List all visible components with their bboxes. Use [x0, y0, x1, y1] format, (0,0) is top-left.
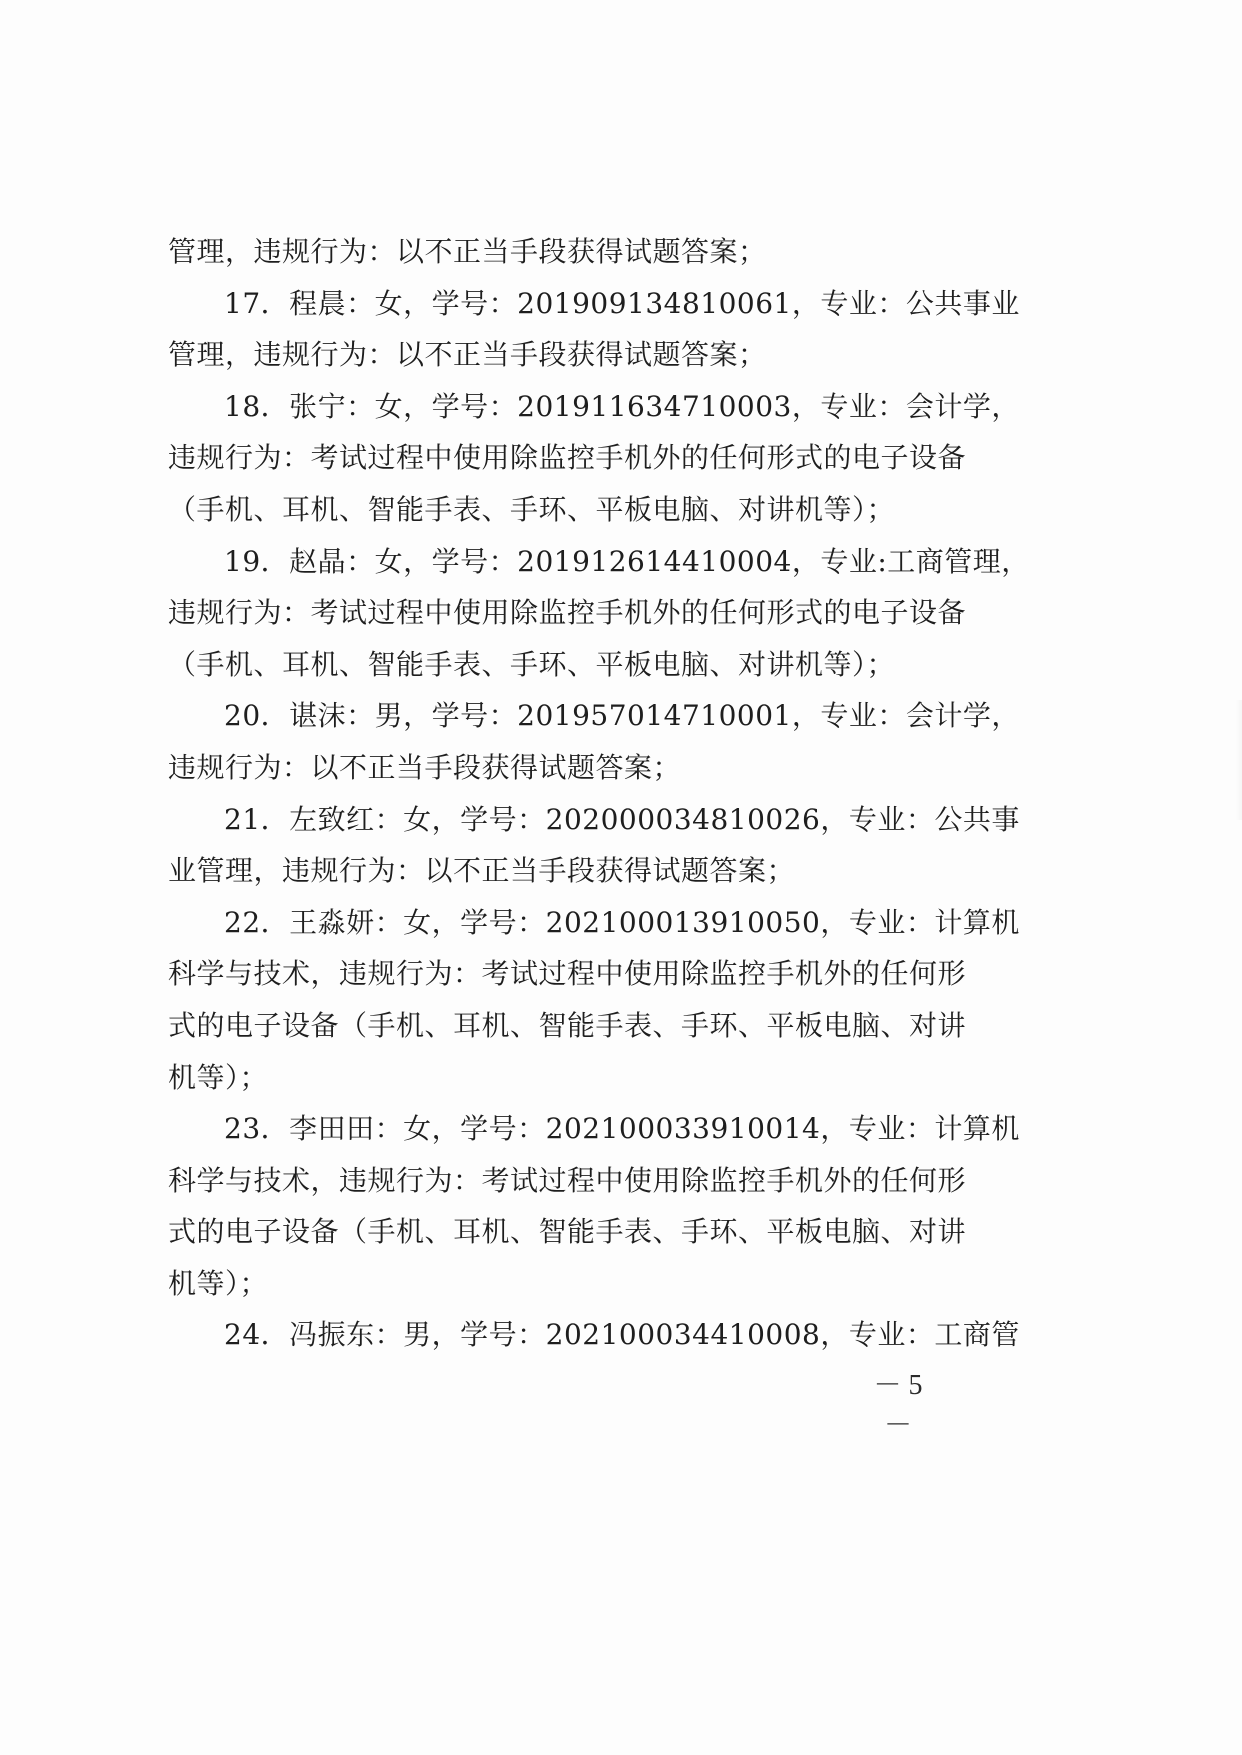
- text-line: 式的电子设备（手机、耳机、智能手表、手环、平板电脑、对讲: [168, 1000, 958, 1052]
- list-item-start-line: 17．程晨：女，学号：201909134810061，专业：公共事业: [168, 278, 958, 330]
- list-item-start-line: 22．王淼妍：女，学号：202100013910050，专业：计算机: [168, 897, 958, 949]
- list-item-start-line: 23．李田田：女，学号：202100033910014，专业：计算机: [168, 1103, 958, 1155]
- text-line: 管理，违规行为：以不正当手段获得试题答案；: [168, 329, 958, 381]
- text-line: （手机、耳机、智能手表、手环、平板电脑、对讲机等）；: [168, 484, 958, 536]
- page-number: － 5 －: [858, 1366, 938, 1446]
- text-line: 式的电子设备（手机、耳机、智能手表、手环、平板电脑、对讲: [168, 1206, 958, 1258]
- document-body: 管理，违规行为：以不正当手段获得试题答案；17．程晨：女，学号：20190913…: [168, 226, 958, 1361]
- text-line: 违规行为：以不正当手段获得试题答案；: [168, 742, 958, 794]
- text-line: 科学与技术，违规行为：考试过程中使用除监控手机外的任何形: [168, 948, 958, 1000]
- text-line: 业管理，违规行为：以不正当手段获得试题答案；: [168, 845, 958, 897]
- document-page: 管理，违规行为：以不正当手段获得试题答案；17．程晨：女，学号：20190913…: [0, 0, 1242, 1755]
- text-line: 科学与技术，违规行为：考试过程中使用除监控手机外的任何形: [168, 1155, 958, 1207]
- text-line: 违规行为：考试过程中使用除监控手机外的任何形式的电子设备: [168, 587, 958, 639]
- list-item-start-line: 19．赵晶：女，学号：201912614410004，专业:工商管理，: [168, 536, 958, 588]
- text-line: 机等）；: [168, 1258, 958, 1310]
- list-item-start-line: 21．左致红：女，学号：202000034810026，专业：公共事: [168, 794, 958, 846]
- text-line: 违规行为：考试过程中使用除监控手机外的任何形式的电子设备: [168, 432, 958, 484]
- list-item-start-line: 20．谌沫：男，学号：201957014710001，专业：会计学，: [168, 690, 958, 742]
- text-line: 管理，违规行为：以不正当手段获得试题答案；: [168, 226, 958, 278]
- text-line: （手机、耳机、智能手表、手环、平板电脑、对讲机等）；: [168, 639, 958, 691]
- scan-shadow: [1236, 700, 1242, 820]
- list-item-start-line: 24．冯振东：男，学号：202100034410008，专业：工商管: [168, 1309, 958, 1361]
- text-line: 机等）；: [168, 1052, 958, 1104]
- list-item-start-line: 18．张宁：女，学号：201911634710003，专业：会计学，: [168, 381, 958, 433]
